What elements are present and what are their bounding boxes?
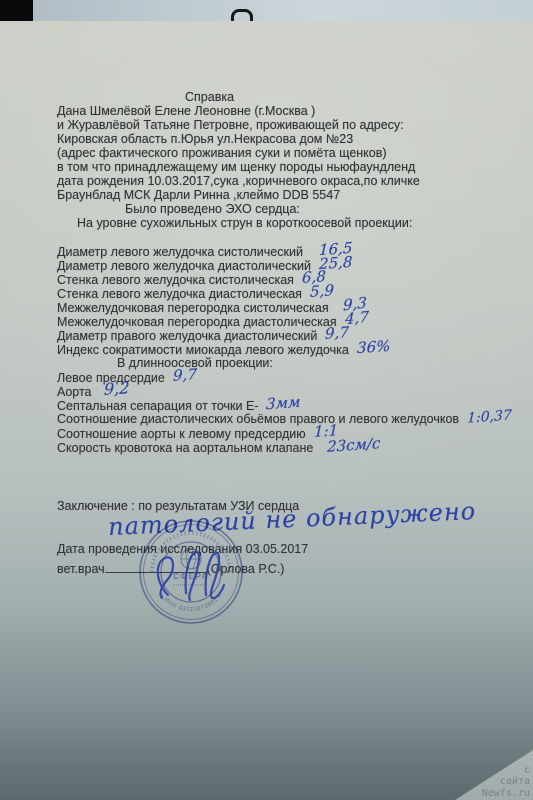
measurement-row: Диаметр левого желудочка систолический16… xyxy=(57,244,532,258)
measurement-value-handwritten: 9,2 xyxy=(103,381,129,397)
measurement-row: Диаметр правого желудочка диастолический… xyxy=(57,328,532,342)
intro-lines: Дана Шмелёвой Елене Леоновне (г.Москва )… xyxy=(57,104,532,202)
measurement-value-handwritten: 3мм xyxy=(266,395,301,411)
certificate-body: Справка Дана Шмелёвой Елене Леоновне (г.… xyxy=(57,90,532,454)
measurement-value-handwritten: 9,7 xyxy=(173,367,197,383)
measurement-row: Септальная сепарация от точки Е-3мм xyxy=(57,398,532,412)
watermark-line: сайта xyxy=(482,776,530,788)
measurement-row: Межжелудочковая перегородка диастолическ… xyxy=(57,314,532,328)
vet-signature-ink xyxy=(138,545,253,610)
measurement-label: Соотношение диастолических обьёмов право… xyxy=(57,412,459,426)
measurement-row: Диаметр левого желудочка диастолический2… xyxy=(57,258,532,272)
measurement-label: Диаметр левого желудочка систолический xyxy=(57,245,303,259)
measurement-value-handwritten: 1:0,37 xyxy=(467,408,512,425)
measurement-label: Скорость кровотока на аортальном клапане xyxy=(57,441,313,455)
echo-header: Было проведено ЭХО сердца: xyxy=(125,202,532,216)
doc-line: дата рождения 10.03.2017,сука ,коричнево… xyxy=(57,174,532,188)
watermark-text: ссайтаNewfs.ru xyxy=(482,765,530,800)
certificate-paper: Справка Дана Шмелёвой Елене Леоновне (г.… xyxy=(0,21,533,800)
doc-line: в том что принадлежащему им щенку породы… xyxy=(57,160,532,174)
measurement-label: Межжелудочковая перегородка диастолическ… xyxy=(57,315,337,329)
measurement-row: Скорость кровотока на аортальном клапане… xyxy=(57,440,532,454)
measurement-value-handwritten: 36% xyxy=(357,339,391,355)
measurement-row: Соотношение диастолических обьёмов право… xyxy=(57,412,532,426)
doc-line: (адрес фактического проживания суки и по… xyxy=(57,146,532,160)
measurement-row: Соотношение аорты к левому предсердию1:1 xyxy=(57,426,532,440)
measurement-row: Стенка левого желудочка систолическая6,8 xyxy=(57,272,532,286)
doc-title: Справка xyxy=(185,90,532,104)
measurement-value-handwritten: 23см/с xyxy=(327,436,381,454)
measurement-row: Стенка левого желудочка диастолическая5,… xyxy=(57,286,532,300)
doc-line: Браунблад МСК Дарли Ринна ,клеймо DDB 55… xyxy=(57,188,532,202)
short-axis-rows: Диаметр левого желудочка систолический16… xyxy=(57,244,532,356)
measurement-value-handwritten: 5,9 xyxy=(310,283,334,299)
blank-line xyxy=(57,230,532,244)
measurement-value-handwritten: 9,7 xyxy=(325,325,349,341)
measurement-label: Диаметр правого желудочка диастолический xyxy=(57,329,317,343)
measurement-label: Стенка левого желудочка диастолическая xyxy=(57,287,302,301)
document-photo: Справка Дана Шмелёвой Елене Леоновне (г.… xyxy=(0,0,533,800)
doc-line: Дана Шмелёвой Елене Леоновне (г.Москва ) xyxy=(57,104,532,118)
measurement-row: Межжелудочковая перегородка систолическа… xyxy=(57,300,532,314)
measurement-label: Индекс сократимости миокарда левого желу… xyxy=(57,343,349,357)
measurement-row: Индекс сократимости миокарда левого желу… xyxy=(57,342,532,356)
measurement-label: Стенка левого желудочка систолическая xyxy=(57,273,294,287)
measurement-label: Межжелудочковая перегородка систолическа… xyxy=(57,301,329,315)
dark-corner-object xyxy=(0,0,33,21)
clip-mark xyxy=(231,9,253,21)
measurement-label: Диаметр левого желудочка диастолический xyxy=(57,259,311,273)
long-axis-rows: Левое предсердие9,7Аорта9,2Септальная се… xyxy=(57,370,532,454)
doc-line: Кировская область п.Юрья ул.Некрасова до… xyxy=(57,132,532,146)
measurement-label: Септальная сепарация от точки Е- xyxy=(57,399,258,413)
measurement-label: Соотношение аорты к левому предсердию xyxy=(57,427,306,441)
watermark-line: Newfs.ru xyxy=(482,788,530,800)
watermark-line: с xyxy=(482,765,530,777)
short-axis-header: На уровне сухожильных струн в короткоосе… xyxy=(77,216,532,230)
measurement-label: Аорта xyxy=(57,385,92,399)
doc-line: и Журавлёвой Татьяне Петровне, проживающ… xyxy=(57,118,532,132)
vet-label: вет.врач xyxy=(57,562,105,576)
